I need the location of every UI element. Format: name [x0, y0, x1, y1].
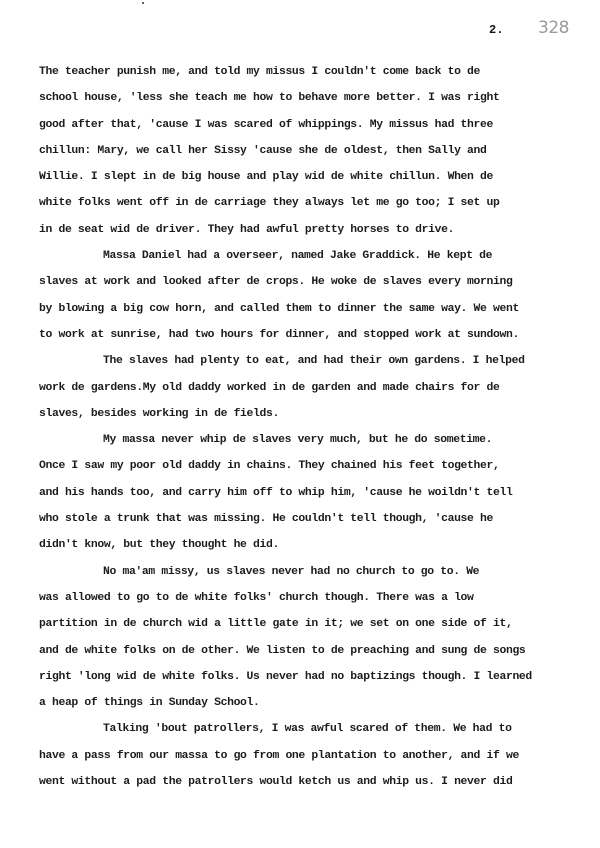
typewritten-body: The teacher punish me, and told my missu…: [39, 59, 579, 795]
text-line: white folks went off in de carriage they…: [39, 190, 579, 216]
text-line: and his hands too, and carry him off to …: [39, 480, 579, 506]
text-line: a heap of things in Sunday School.: [39, 690, 579, 716]
text-line: to work at sunrise, had two hours for di…: [39, 322, 579, 348]
text-line: chillun: Mary, we call her Sissy 'cause …: [39, 138, 579, 164]
paragraph-first-line: The slaves had plenty to eat, and had th…: [39, 348, 579, 374]
text-line: by blowing a big cow horn, and called th…: [39, 296, 579, 322]
paragraph-first-line: No ma'am missy, us slaves never had no c…: [39, 559, 579, 585]
page-number: 2.: [489, 23, 503, 37]
text-line: work de gardens.My old daddy worked in d…: [39, 375, 579, 401]
text-line: who stole a trunk that was missing. He c…: [39, 506, 579, 532]
text-line: school house, 'less she teach me how to …: [39, 85, 579, 111]
document-page: 2. 328 The teacher punish me, and told m…: [0, 0, 600, 848]
paragraph-first-line: Talking 'bout patrollers, I was awful sc…: [39, 716, 579, 742]
text-line: in de seat wid de driver. They had awful…: [39, 217, 579, 243]
text-line: The teacher punish me, and told my missu…: [39, 59, 579, 85]
ink-speck: [142, 2, 144, 4]
text-line: Once I saw my poor old daddy in chains. …: [39, 453, 579, 479]
text-line: partition in de church wid a little gate…: [39, 611, 579, 637]
paragraph-first-line: My massa never whip de slaves very much,…: [39, 427, 579, 453]
text-line: have a pass from our massa to go from on…: [39, 743, 579, 769]
text-line: Willie. I slept in de big house and play…: [39, 164, 579, 190]
text-line: and de white folks on de other. We liste…: [39, 638, 579, 664]
text-line: slaves, besides working in de fields.: [39, 401, 579, 427]
paragraph-first-line: Massa Daniel had a overseer, named Jake …: [39, 243, 579, 269]
text-line: slaves at work and looked after de crops…: [39, 269, 579, 295]
stamped-folio-number: 328: [538, 18, 569, 38]
text-line: didn't know, but they thought he did.: [39, 532, 579, 558]
text-line: good after that, 'cause I was scared of …: [39, 112, 579, 138]
text-line: went without a pad the patrollers would …: [39, 769, 579, 795]
text-line: right 'long wid de white folks. Us never…: [39, 664, 579, 690]
text-line: was allowed to go to de white folks' chu…: [39, 585, 579, 611]
